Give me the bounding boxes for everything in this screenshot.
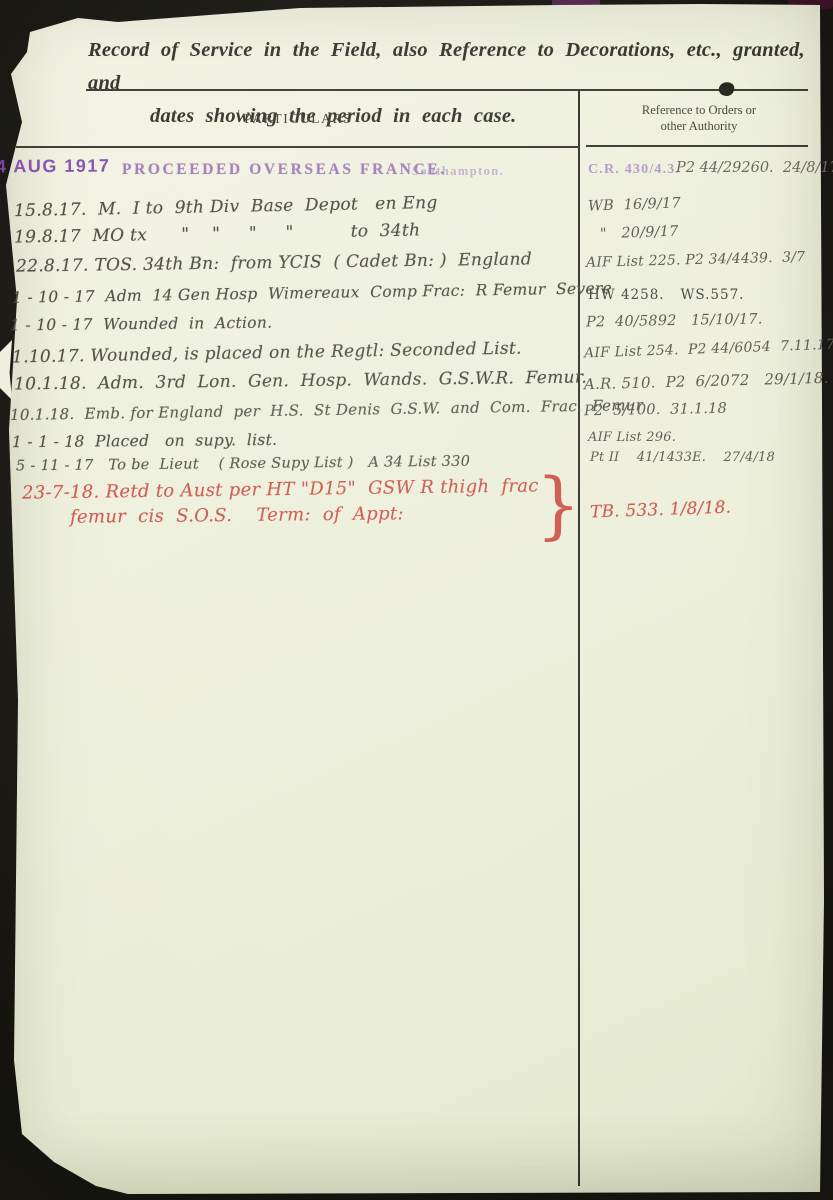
cr-reference-stamp: C.R. 430/4.3. [588, 162, 680, 178]
red-brace: } [536, 462, 581, 548]
header-bottom-rule-left [16, 146, 578, 148]
reference-entry: P2 40/5892 15/10/17. [586, 311, 763, 330]
particulars-label: PARTICULARS [244, 111, 352, 126]
red-service-entry-line2: femur cis S.O.S. Term: of Appt: [70, 503, 404, 527]
torn-edge-fragment [0, 340, 12, 400]
header-top-rule [86, 89, 808, 91]
column-header-reference: Reference to Orders or other Authority [588, 102, 810, 134]
column-divider-rule [578, 90, 580, 1186]
page-title-line1: Record of Service in the Field, also Ref… [88, 39, 805, 94]
column-header-particulars: 'PARTICULARS [120, 108, 470, 127]
paper-sheet [0, 0, 833, 1200]
cr-reference-note: P2 44/29260. 24/8/17 [676, 160, 833, 176]
reference-entry: P2 5/100. 31.1.18 [584, 401, 727, 419]
service-entry: 1 - 10 - 17 Wounded in Action. [10, 314, 273, 335]
port-stamp: Southampton. [412, 164, 504, 179]
date-received-stamp: 4 AUG 1917 [0, 156, 110, 178]
reference-entry: " 20/9/17 [600, 224, 679, 243]
reference-label-line1: Reference to Orders or [588, 102, 810, 118]
reference-entry: HW 4258. WS.557. [588, 287, 744, 303]
stray-mark: ' [238, 108, 242, 120]
reference-entry: Pt II 41/1433E. 27/4/18 [590, 450, 775, 465]
proceeded-overseas-stamp: PROCEEDED OVERSEAS FRANCE. [122, 161, 447, 179]
reference-entry: WB 16/9/17 [588, 195, 681, 214]
scanned-service-record: Record of Service in the Field, also Ref… [0, 0, 833, 1200]
header-bottom-rule-right [586, 145, 808, 147]
reference-label-line2: other Authority [588, 118, 810, 134]
service-entry: 1 - 1 - 18 Placed on supy. list. [12, 431, 277, 451]
reference-entry: AIF List 296. [588, 430, 676, 445]
